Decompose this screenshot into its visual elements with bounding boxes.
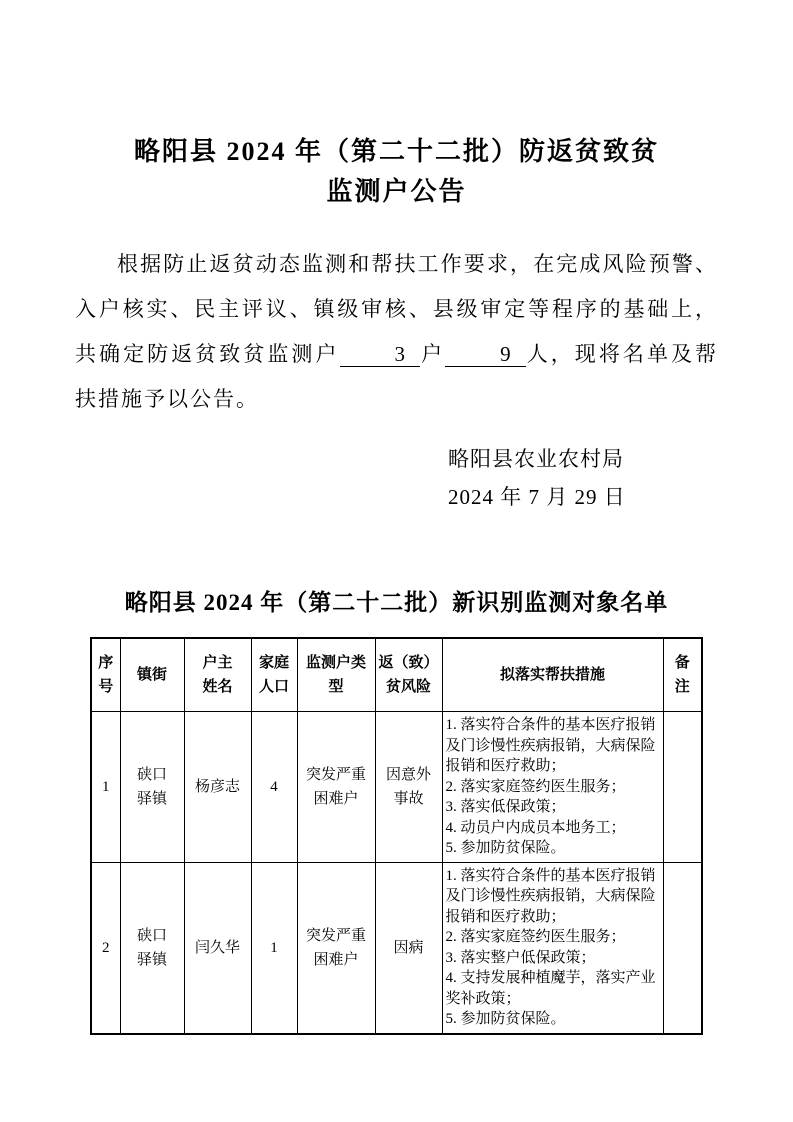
cell-name: 杨彦志 [184, 712, 251, 863]
col-header-risk: 返（致） 贫风险 [375, 638, 442, 712]
measure-item: 1. 落实符合条件的基本医疗报销 及门诊慢性疾病报销，大病保险 报销和医疗救助； [446, 715, 660, 777]
cell-measures: 1. 落实符合条件的基本医疗报销 及门诊慢性疾病报销，大病保险 报销和医疗救助；… [442, 712, 663, 863]
col-header-type: 监测户类 型 [297, 638, 375, 712]
measure-item: 5. 参加防贫保险。 [446, 1009, 660, 1030]
table-row: 1 硖口 驿镇 杨彦志 4 突发严重 困难户 因意外 事故 1. 落实符合条件的… [91, 712, 702, 863]
cell-note [663, 712, 702, 863]
households-count-underlined: 3 [340, 342, 421, 367]
cell-type: 突发严重 困难户 [297, 862, 375, 1034]
cell-town: 硖口 驿镇 [120, 862, 184, 1034]
cell-seq: 1 [91, 712, 120, 863]
measure-item: 3. 落实低保政策； [446, 797, 660, 818]
table-row: 2 硖口 驿镇 闫久华 1 突发严重 困难户 因病 1. 落实符合条件的基本医疗… [91, 862, 702, 1034]
cell-note [663, 862, 702, 1034]
body-paragraph: 根据防止返贫动态监测和帮扶工作要求，在完成风险预警、入户核实、民主评议、镇级审核… [75, 242, 718, 422]
unit-households: 户 [420, 342, 445, 366]
measure-item: 1. 落实符合条件的基本医疗报销 及门诊慢性疾病报销，大病保险 报销和医疗救助； [446, 866, 660, 928]
signature-org: 略阳县农业农村局 [448, 440, 718, 478]
persons-count-underlined: 9 [445, 342, 526, 367]
measure-item: 3. 落实整户低保政策； [446, 948, 660, 969]
measure-item: 4. 支持发展种植魔芋，落实产业 奖补政策； [446, 968, 660, 1009]
table-title: 略阳县 2024 年（第二十二批）新识别监测对象名单 [75, 586, 718, 620]
table-header-row: 序 号 镇街 户主 姓名 家庭 人口 监测户类 型 返（致） 贫风险 拟落实帮扶… [91, 638, 702, 712]
document-title-line1: 略阳县 2024 年（第二十二批）防返贫致贫 [75, 132, 718, 172]
document-page: 略阳县 2024 年（第二十二批）防返贫致贫 监测户公告 根据防止返贫动态监测和… [0, 0, 793, 1122]
col-header-seq: 序 号 [91, 638, 120, 712]
cell-town: 硖口 驿镇 [120, 712, 184, 863]
cell-name: 闫久华 [184, 862, 251, 1034]
signature-date: 2024 年 7 月 29 日 [448, 478, 718, 516]
unit-persons: 人 [526, 342, 551, 366]
measure-item: 5. 参加防贫保险。 [446, 838, 660, 859]
measure-item: 4. 动员户内成员本地务工； [446, 818, 660, 839]
measure-item: 2. 落实家庭签约医生服务； [446, 777, 660, 798]
col-header-note: 备 注 [663, 638, 702, 712]
col-header-family-size: 家庭 人口 [251, 638, 297, 712]
signature-block: 略阳县农业农村局 2024 年 7 月 29 日 [448, 440, 718, 516]
cell-risk: 因病 [375, 862, 442, 1034]
cell-risk: 因意外 事故 [375, 712, 442, 863]
cell-type: 突发严重 困难户 [297, 712, 375, 863]
col-header-name: 户主 姓名 [184, 638, 251, 712]
document-title-line2: 监测户公告 [75, 172, 718, 212]
measure-item: 2. 落实家庭签约医生服务； [446, 927, 660, 948]
cell-seq: 2 [91, 862, 120, 1034]
cell-measures: 1. 落实符合条件的基本医疗报销 及门诊慢性疾病报销，大病保险 报销和医疗救助；… [442, 862, 663, 1034]
col-header-measures: 拟落实帮扶措施 [442, 638, 663, 712]
monitoring-roster-table: 序 号 镇街 户主 姓名 家庭 人口 监测户类 型 返（致） 贫风险 拟落实帮扶… [90, 637, 703, 1035]
cell-family-size: 4 [251, 712, 297, 863]
document-title: 略阳县 2024 年（第二十二批）防返贫致贫 监测户公告 [75, 132, 718, 212]
cell-family-size: 1 [251, 862, 297, 1034]
col-header-town: 镇街 [120, 638, 184, 712]
